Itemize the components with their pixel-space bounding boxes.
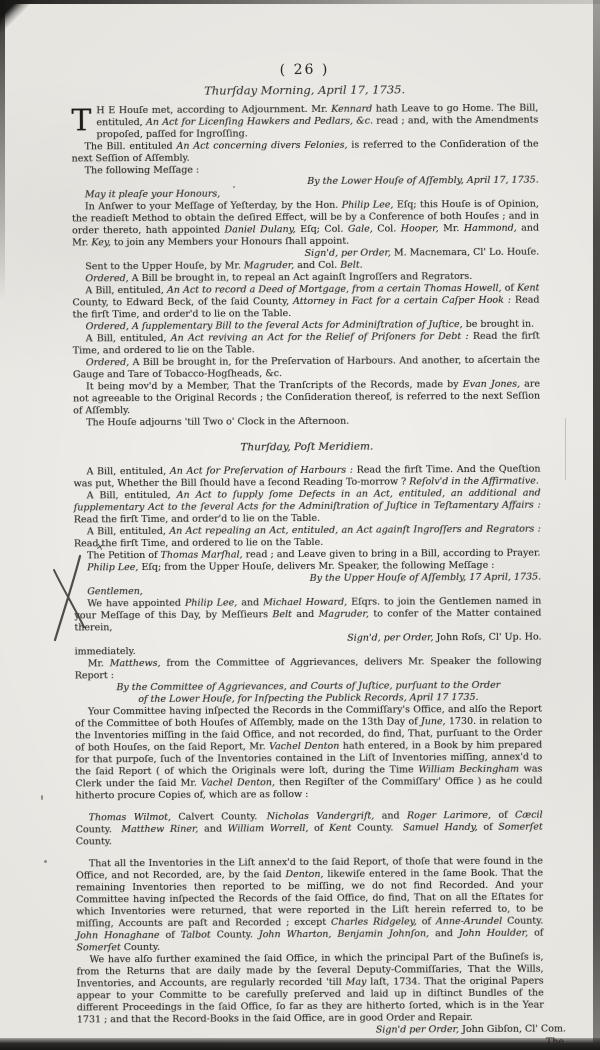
italic-text: Reſolv'd in the Affirmative. [409, 476, 539, 488]
ink-speck [41, 795, 43, 800]
italic-text: Sign'd per Order, [376, 1024, 459, 1036]
entry-repealing-bill: A Bill, entituled, An Act repealing an A… [74, 524, 541, 551]
italic-text: Evan Jones, [463, 379, 520, 390]
italic-text: Sign'd, per Order, [305, 247, 391, 259]
italic-text: Anne-Arundel [436, 916, 502, 927]
italic-text: William Worrell, [228, 823, 309, 834]
italic-text: An Act repealing an Act, entituled, an A… [169, 524, 541, 537]
entry-prisoners-bill: A Bill, entituled, An Act reviving an Ac… [73, 331, 540, 358]
report-body-inventories: That all the Inventories in the Liſt ann… [76, 856, 544, 955]
italic-text: An Act for Preſervation of Harbours : [170, 465, 353, 477]
afternoon-session-heading: Thurſday, Poſt Meridiem. [73, 440, 540, 455]
italic-text: An Act for Licenſing Hawkers and Pedlars… [146, 116, 373, 128]
italic-text: Thomas Wilmot, [89, 812, 171, 824]
italic-text: Matthews, [110, 658, 161, 669]
italic-text: Kent [329, 823, 351, 834]
italic-text: May [346, 977, 367, 988]
session-date-heading: Thurſday Morning, April 17, 1735. [71, 82, 538, 99]
italic-text: Vachel Denton, [201, 777, 275, 788]
entry-ordered-harbours: Ordered, A Bill be brought in, for the P… [73, 355, 540, 382]
report-body-commissary: Your Committee having inſpected the Reco… [75, 704, 543, 803]
drop-cap-letter: T [71, 105, 96, 139]
italic-text: An Act reviving an Act for the Relief of… [171, 331, 469, 344]
italic-text: Attorney in Fact for a certain Caſper Ho… [293, 295, 511, 307]
italic-text: Talbot [181, 930, 211, 941]
entry-house-met: TH E Houſe met, according to Adjournment… [71, 103, 538, 142]
italic-text: Ordered, [85, 273, 128, 284]
italic-text: Daniel Dulany, [224, 224, 295, 235]
italic-text: Belt [272, 609, 292, 620]
italic-text: Michael Howard, [263, 597, 347, 609]
scan-edge-right [593, 0, 600, 1050]
italic-text: Somerſet [76, 942, 120, 953]
scan-edge-top [0, 0, 600, 4]
italic-text: John Houlder, [459, 928, 528, 939]
italic-text: Charles Ridgeley, [331, 916, 417, 928]
entry-adjourns: The Houſe adjourns 'till Two o' Clock in… [73, 415, 540, 430]
page-content: ( 26 ) Thurſday Morning, April 17, 1735.… [71, 61, 544, 1050]
scan-corner-top-left [0, 0, 34, 34]
italic-text: An Act concerning divers Felonies, [176, 140, 347, 152]
italic-text: Roger Larimore, [407, 810, 491, 822]
italic-text: Key, [91, 237, 111, 248]
entry-mortgage-bill: A Bill, entituled, An Act to record a De… [72, 283, 539, 322]
italic-text: Gale, [348, 224, 373, 235]
ink-speck [44, 860, 47, 863]
italic-text: An Act to record a Deed of Mortgage, fro… [167, 283, 502, 296]
italic-text: Kennard [331, 104, 372, 115]
page-number: ( 26 ) [71, 61, 538, 80]
italic-text: Somerſet [498, 822, 542, 833]
italic-text: Hooper, [401, 223, 439, 234]
italic-text: Cæcil [515, 810, 543, 821]
italic-text: Philip Lee, [87, 562, 138, 573]
italic-text: John Honaghane [76, 930, 159, 942]
italic-text: Denton, [285, 869, 323, 880]
entry-transcripts-motion: It being mov'd by a Member, That the Tra… [73, 379, 540, 418]
scanned-document-page: ✕ ( 26 ) Thurſday Morning, April 17, 173… [0, 0, 600, 1050]
entry-harbours-first-reading: A Bill, entituled, An Act for Preſervati… [73, 464, 540, 491]
page-fold-line [565, 418, 566, 480]
italic-text: An Act to ſupply ſome Defects in an Act,… [74, 488, 541, 514]
italic-text: John Wharton, Benjamin Johnſon, [259, 928, 429, 940]
italic-text: June, [421, 716, 446, 727]
report-names-list: Thomas Wilmot, Calvert County. Nicholas … [76, 810, 543, 849]
italic-text: Magruder, [319, 609, 369, 620]
italic-text: Matthew Riner, [121, 824, 198, 835]
italic-text: Magruder, [244, 260, 294, 271]
entry-matthews-report: Mr. Matthews, from the Committee of Aggr… [75, 656, 542, 683]
italic-text: Vachel Denton [269, 741, 339, 752]
scan-edge-left [0, 0, 5, 300]
italic-text: William Beckingham [418, 764, 519, 776]
catchword: The [77, 1036, 564, 1050]
italic-text: Kent [517, 283, 539, 294]
italic-text: Belt. [340, 260, 363, 271]
italic-text: Nicholas Vandergrift, [267, 811, 375, 823]
italic-text: Samuel Handy, [403, 822, 478, 833]
entry-felonies-bill: The Bill. entituled An Act concerning di… [71, 139, 538, 166]
report-body-examination: We have alſo further examined the ſaid O… [76, 952, 543, 1027]
entry-testamentary-bill: A Bill, entituled, An Act to ſupply ſome… [74, 488, 541, 527]
italic-text: Ordered, A ſupplementary Bill to the ſev… [86, 319, 463, 332]
message-body-appointed: We have appointed Philip Lee, and Michae… [74, 596, 541, 635]
italic-text: Philip Lee, [342, 199, 394, 210]
italic-text: Thomas Marſhal, [160, 549, 242, 561]
document-body: TH E Houſe met, according to Adjournment… [71, 103, 544, 1039]
italic-text: Hammond, [464, 223, 517, 234]
message-body-conference: In Anſwer to your Meſſage of Yeſterday, … [72, 199, 539, 250]
italic-text: Ordered, [86, 357, 129, 368]
italic-text: Philip Lee, [185, 597, 237, 608]
italic-text: Sign'd, per Order, [347, 632, 433, 644]
